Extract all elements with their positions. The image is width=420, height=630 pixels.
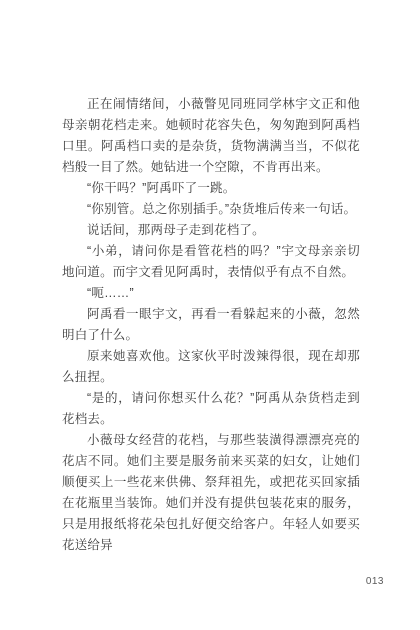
paragraph: “你别管。总之你别插手。”杂货堆后传来一句话。 bbox=[62, 199, 360, 220]
paragraph: “你干吗？”阿禹吓了一跳。 bbox=[62, 178, 360, 199]
paragraph: 阿禹看一眼宇文，再看一看躲起来的小薇，忽然明白了什么。 bbox=[62, 304, 360, 346]
book-page: 正在闹情绪间，小薇瞥见同班同学林宇文正和他母亲朝花档走来。她顿时花容失色，匆匆跑… bbox=[0, 0, 420, 630]
paragraph: 小薇母女经营的花档，与那些装潢得漂漂亮亮的花店不同。她们主要是服务前来买菜的妇女… bbox=[62, 430, 360, 556]
body-text: 正在闹情绪间，小薇瞥见同班同学林宇文正和他母亲朝花档走来。她顿时花容失色，匆匆跑… bbox=[62, 94, 360, 556]
paragraph: 说话间，那两母子走到花档了。 bbox=[62, 220, 360, 241]
paragraph: “小弟，请问你是看管花档的吗？”宇文母亲亲切地问道。而宇文看见阿禹时，表情似乎有… bbox=[62, 241, 360, 283]
page-number: 013 bbox=[366, 576, 384, 588]
paragraph: “是的，请问你想买什么花？”阿禹从杂货档走到花档去。 bbox=[62, 388, 360, 430]
paragraph: “呃……” bbox=[62, 283, 360, 304]
paragraph: 正在闹情绪间，小薇瞥见同班同学林宇文正和他母亲朝花档走来。她顿时花容失色，匆匆跑… bbox=[62, 94, 360, 178]
paragraph: 原来她喜欢他。这家伙平时泼辣得很，现在却那么扭捏。 bbox=[62, 346, 360, 388]
